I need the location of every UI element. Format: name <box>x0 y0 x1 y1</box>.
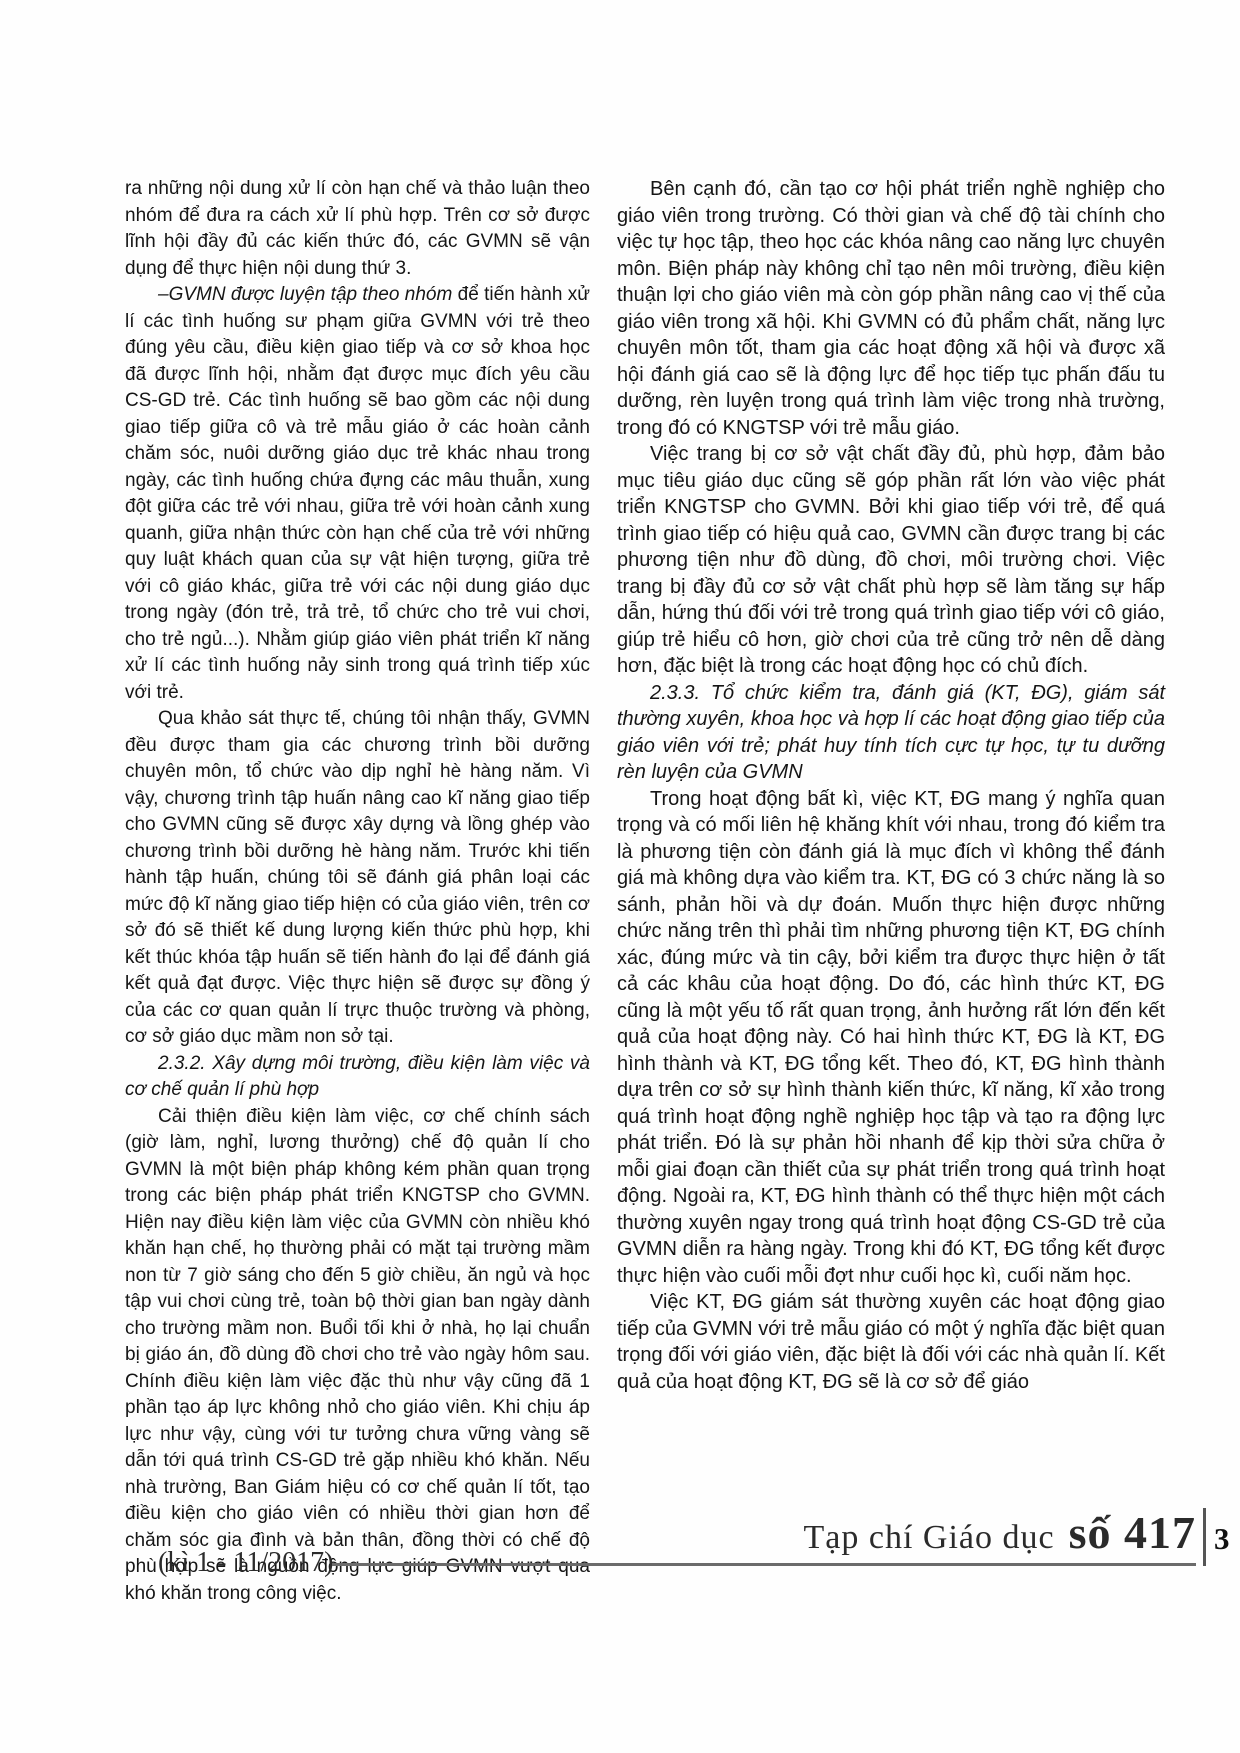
paragraph-body-text: để tiến hành xử lí các tình huống sư phạ… <box>125 284 590 703</box>
journal-issue-number: số 417 <box>1069 1507 1196 1558</box>
journal-page: ra những nội dung xử lí còn hạn chế và t… <box>0 0 1240 1753</box>
footer-issue-label: (kì 1 - 11/2017) <box>158 1547 334 1579</box>
paragraph-facilities: Việc trang bị cơ sở vật chất đầy đủ, phù… <box>617 441 1165 680</box>
left-column: ra những nội dung xử lí còn hạn chế và t… <box>125 176 590 1607</box>
journal-name: Tạp chí Giáo dục <box>804 1519 1055 1556</box>
paragraph-kt-dg-monitoring: Việc KT, ĐG giám sát thường xuyên các ho… <box>617 1289 1165 1395</box>
paragraph-survey: Qua khảo sát thực tế, chúng tôi nhận thấ… <box>125 706 590 1051</box>
footer-vertical-divider <box>1203 1508 1206 1566</box>
paragraph-bullet-gvmn-practice: –GVMN được luyện tập theo nhóm để tiến h… <box>125 282 590 706</box>
section-heading-2-3-2: 2.3.2. Xây dựng môi trường, điều kiện là… <box>125 1051 590 1104</box>
paragraph-career-opportunities: Bên cạnh đó, cần tạo cơ hội phát triển n… <box>617 176 1165 441</box>
paragraph-continued: ra những nội dung xử lí còn hạn chế và t… <box>125 176 590 282</box>
page-number: 3 <box>1214 1521 1230 1557</box>
paragraph-lead-italic: –GVMN được luyện tập theo nhóm <box>158 284 452 305</box>
footer-journal-brand: Tạp chí Giáo dụcsố 417 <box>640 1506 1196 1559</box>
paragraph-working-conditions: Cải thiện điều kiện làm việc, cơ chế chí… <box>125 1104 590 1608</box>
footer-horizontal-rule <box>332 1563 1196 1566</box>
paragraph-kt-dg: Trong hoạt động bất kì, việc KT, ĐG mang… <box>617 786 1165 1290</box>
right-column: Bên cạnh đó, cần tạo cơ hội phát triển n… <box>617 176 1165 1607</box>
page-body: ra những nội dung xử lí còn hạn chế và t… <box>125 176 1165 1607</box>
section-heading-2-3-3: 2.3.3. Tổ chức kiểm tra, đánh giá (KT, Đ… <box>617 680 1165 786</box>
